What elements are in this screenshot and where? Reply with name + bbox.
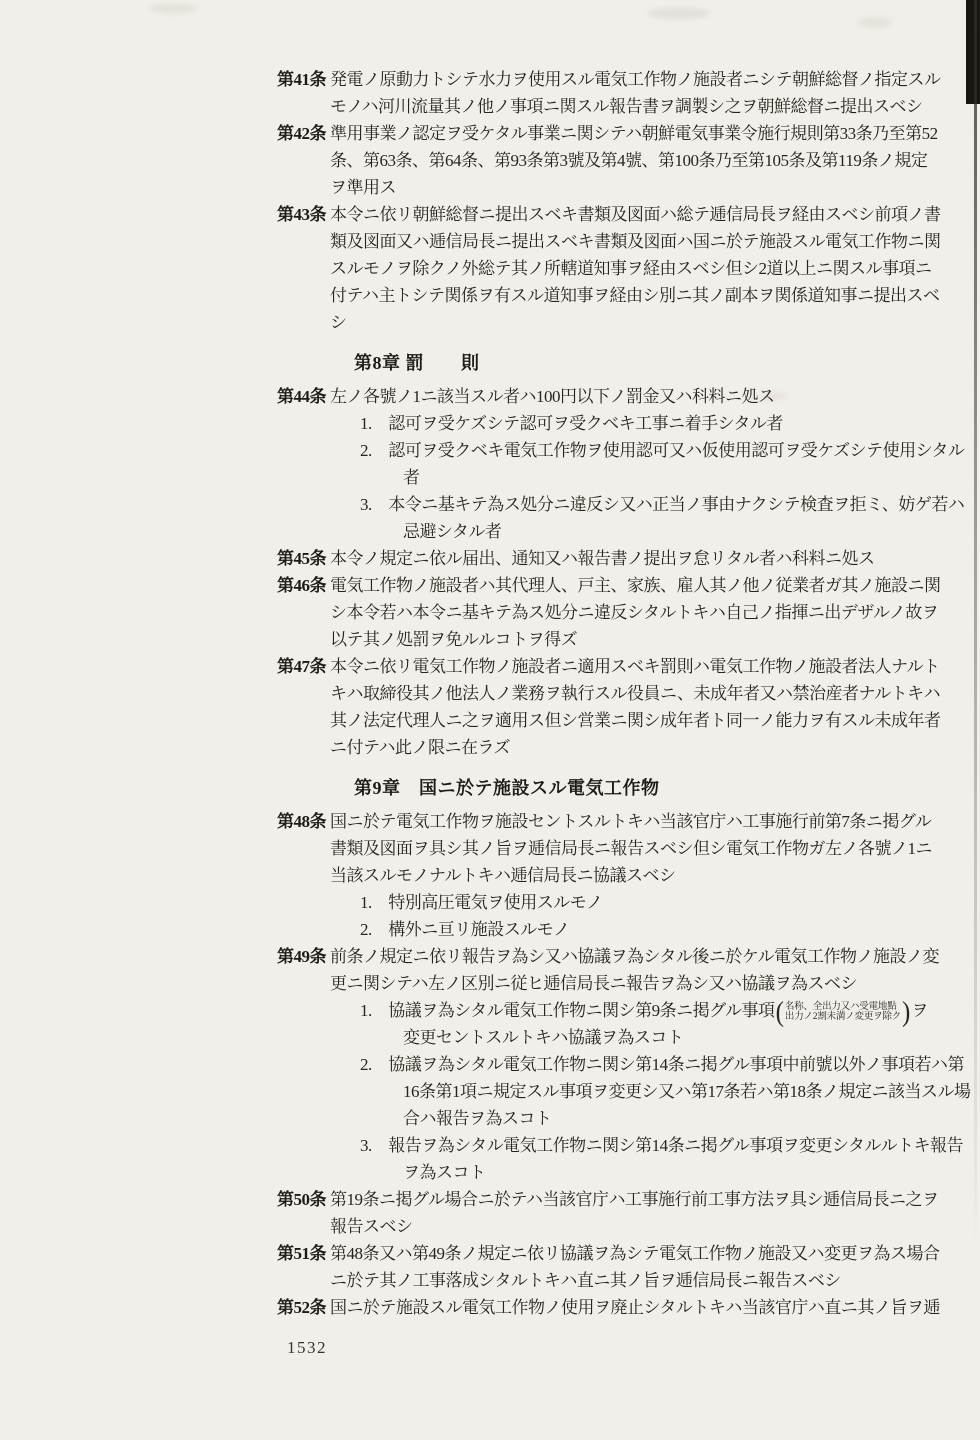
article-number: 第49条: [277, 943, 326, 970]
article-line: 2. 認可ヲ受クベキ電気工作物ヲ使用認可又ハ仮使用認可ヲ受ケズシテ使用シタル: [330, 437, 980, 464]
article-number: 第51条: [277, 1240, 326, 1267]
scan-edge-dark-corner: [966, 0, 980, 104]
article-line: モノハ河川流量其ノ他ノ事項ニ関スル報告書ヲ調製シ之ヲ朝鮮総督ニ提出スベシ: [330, 93, 980, 120]
chapter-heading: 第8章 罰 則: [354, 350, 980, 377]
scan-smudge: [150, 4, 196, 13]
inline-paren-note: (名称、全出力又ハ受電地點出力ノ2割未満ノ変更ヲ除ク): [776, 1000, 911, 1025]
article-line: ニ於テ其ノ工事落成シタルトキハ直ニ其ノ旨ヲ逓信局長ニ報告スベシ: [330, 1267, 980, 1294]
article-line: 3. 報告ヲ為シタル電気工作物ニ関シ第14条ニ掲グル事項ヲ変更シタルルトキ報告: [330, 1132, 980, 1159]
article-line: 発電ノ原動力トシテ水力ヲ使用スル電気工作物ノ施設者ニシテ朝鮮総督ノ指定スル: [330, 66, 980, 93]
article-line: 第19条ニ掲グル場合ニ於テハ当該官庁ハ工事施行前工事方法ヲ具シ逓信局長ニ之ヲ: [330, 1186, 980, 1213]
scan-smudge: [648, 8, 710, 19]
article-line: 以テ其ノ処罰ヲ免ルルコトヲ得ズ: [330, 626, 980, 653]
article-line: 付テハ主トシテ関係ヲ有スル道知事ヲ経由シ別ニ其ノ副本ヲ関係道知事ニ提出スベ: [330, 282, 980, 309]
article-number: 第50条: [277, 1186, 326, 1213]
article-row: 第49条前条ノ規定ニ依リ報告ヲ為シ又ハ協議ヲ為シタル後ニ於ケル電気工作物ノ施設ノ…: [0, 943, 980, 1186]
article-body: 本令ニ依リ朝鮮総督ニ提出スベキ書類及図面ハ総テ逓信局長ヲ経由スベシ前項ノ書類及図…: [330, 201, 980, 336]
article-body: 左ノ各號ノ1ニ該当スル者ハ100円以下ノ罰金又ハ科料ニ処ス1. 認可ヲ受ケズシテ…: [330, 383, 980, 545]
article-line: 者: [330, 464, 980, 491]
article-line: 条、第63条、第64条、第93条第3號及第4號、第100条乃至第105条及第11…: [330, 147, 980, 174]
article-line: 合ハ報告ヲ為スコト: [330, 1105, 980, 1132]
page-number: 1532: [287, 1338, 327, 1358]
article-body: 国ニ於テ施設スル電気工作物ノ使用ヲ廃止シタルトキハ当該官庁ハ直ニ其ノ旨ヲ逓: [330, 1294, 980, 1321]
article-line: 書類及図面ヲ具シ其ノ旨ヲ逓信局長ニ報告スベシ但シ電気工作物ガ左ノ各號ノ1ニ: [330, 835, 980, 862]
article-body: 本令ニ依リ電気工作物ノ施設者ニ適用スベキ罰則ハ電気工作物ノ施設者法人ナルトキハ取…: [330, 653, 980, 761]
paren-line-pre: 1. 協議ヲ為シタル電気工作物ニ関シ第9条ニ掲グル事項: [360, 1001, 775, 1020]
article-number: 第43条: [277, 201, 326, 228]
article-line: 本令ニ依リ朝鮮総督ニ提出スベキ書類及図面ハ総テ逓信局長ヲ経由スベシ前項ノ書: [330, 201, 980, 228]
article-line: 2. 構外ニ亘リ施設スルモノ: [330, 916, 980, 943]
article-line: 国ニ於テ電気工作物ヲ施設セントスルトキハ当該官庁ハ工事施行前第7条ニ掲グル: [330, 808, 980, 835]
article-line: 類及図面又ハ逓信局長ニ提出スベキ書類及図面ハ国ニ於テ施設スル電気工作物ニ関: [330, 228, 980, 255]
article-line: 1. 認可ヲ受ケズシテ認可ヲ受クベキ工事ニ着手シタル者: [330, 410, 980, 437]
scan-smudge: [858, 18, 892, 27]
law-text-block: 第41条発電ノ原動力トシテ水力ヲ使用スル電気工作物ノ施設者ニシテ朝鮮総督ノ指定ス…: [0, 66, 980, 1321]
article-row: 第47条本令ニ依リ電気工作物ノ施設者ニ適用スベキ罰則ハ電気工作物ノ施設者法人ナル…: [0, 653, 980, 761]
article-line: 左ノ各號ノ1ニ該当スル者ハ100円以下ノ罰金又ハ科料ニ処ス: [330, 383, 980, 410]
article-line: スルモノヲ除クノ外総テ其ノ所轄道知事ヲ経由スベシ但シ2道以上ニ関スル事項ニ: [330, 255, 980, 282]
scan-smudge: [760, 392, 786, 400]
article-line: 更ニ関シテハ左ノ区別ニ従ヒ逓信局長ニ報告ヲ為シ又ハ協議ヲ為スベシ: [330, 970, 980, 997]
article-line: 16条第1項ニ規定スル事項ヲ変更シ又ハ第17条若ハ第18条ノ規定ニ該当スル場: [330, 1078, 980, 1105]
article-row: 第42条準用事業ノ認定ヲ受ケタル事業ニ関シテハ朝鮮電気事業令施行規則第33条乃至…: [0, 120, 980, 201]
paren-line-post: ヲ: [911, 1001, 928, 1020]
article-row: 第43条本令ニ依リ朝鮮総督ニ提出スベキ書類及図面ハ総テ逓信局長ヲ経由スベシ前項ノ…: [0, 201, 980, 336]
article-line: 本令ニ依リ電気工作物ノ施設者ニ適用スベキ罰則ハ電気工作物ノ施設者法人ナルト: [330, 653, 980, 680]
article-line: ヲ準用ス: [330, 174, 980, 201]
article-body: 第48条又ハ第49条ノ規定ニ依リ協議ヲ為シテ電気工作物ノ施設又ハ変更ヲ為ス場合ニ…: [330, 1240, 980, 1294]
close-paren: ): [902, 998, 910, 1026]
article-number: 第47条: [277, 653, 326, 680]
article-line: ニ付テハ此ノ限ニ在ラズ: [330, 734, 980, 761]
article-line: 当該スルモノナルトキハ逓信局長ニ協議スベシ: [330, 862, 980, 889]
article-line: 変更セントスルトキハ協議ヲ為スコト: [330, 1024, 980, 1051]
article-body: 電気工作物ノ施設者ハ其代理人、戸主、家族、雇人其ノ他ノ従業者ガ其ノ施設ニ関シ本令…: [330, 572, 980, 653]
article-line: 3. 本令ニ基キテ為ス処分ニ違反シ又ハ正当ノ事由ナクシテ検査ヲ拒ミ、妨ゲ若ハ: [330, 491, 980, 518]
article-row: 第48条国ニ於テ電気工作物ヲ施設セントスルトキハ当該官庁ハ工事施行前第7条ニ掲グ…: [0, 808, 980, 943]
article-body: 第19条ニ掲グル場合ニ於テハ当該官庁ハ工事施行前工事方法ヲ具シ逓信局長ニ之ヲ報告…: [330, 1186, 980, 1240]
article-row: 第41条発電ノ原動力トシテ水力ヲ使用スル電気工作物ノ施設者ニシテ朝鮮総督ノ指定ス…: [0, 66, 980, 120]
document-page: 第41条発電ノ原動力トシテ水力ヲ使用スル電気工作物ノ施設者ニシテ朝鮮総督ノ指定ス…: [0, 0, 980, 1440]
article-line: ヲ為スコト: [330, 1159, 980, 1186]
article-line: 報告スベシ: [330, 1213, 980, 1240]
article-number: 第41条: [277, 66, 326, 93]
article-number: 第42条: [277, 120, 326, 147]
open-paren: (: [776, 998, 784, 1026]
article-line: 電気工作物ノ施設者ハ其代理人、戸主、家族、雇人其ノ他ノ従業者ガ其ノ施設ニ関: [330, 572, 980, 599]
article-row: 第46条電気工作物ノ施設者ハ其代理人、戸主、家族、雇人其ノ他ノ従業者ガ其ノ施設ニ…: [0, 572, 980, 653]
article-body: 本令ノ規定ニ依ル届出、通知又ハ報告書ノ提出ヲ怠リタル者ハ科料ニ処ス: [330, 545, 980, 572]
article-number: 第48条: [277, 808, 326, 835]
article-number: 第46条: [277, 572, 326, 599]
article-number: 第44条: [277, 383, 326, 410]
article-body: 準用事業ノ認定ヲ受ケタル事業ニ関シテハ朝鮮電気事業令施行規則第33条乃至第52条…: [330, 120, 980, 201]
paren-note-lines: 名称、全出力又ハ受電地點出力ノ2割未満ノ変更ヲ除ク: [784, 1002, 902, 1023]
article-row: 第50条第19条ニ掲グル場合ニ於テハ当該官庁ハ工事施行前工事方法ヲ具シ逓信局長ニ…: [0, 1186, 980, 1240]
article-line: 2. 協議ヲ為シタル電気工作物ニ関シ第14条ニ掲グル事項中前號以外ノ事項若ハ第: [330, 1051, 980, 1078]
article-line: 前条ノ規定ニ依リ報告ヲ為シ又ハ協議ヲ為シタル後ニ於ケル電気工作物ノ施設ノ変: [330, 943, 980, 970]
article-line: 其ノ法定代理人ニ之ヲ適用ス但シ営業ニ関シ成年者ト同一ノ能力ヲ有スル未成年者: [330, 707, 980, 734]
article-line: 1. 協議ヲ為シタル電気工作物ニ関シ第9条ニ掲グル事項(名称、全出力又ハ受電地點…: [330, 997, 980, 1024]
paren-note-top: 名称、全出力又ハ受電地點: [785, 1002, 901, 1013]
article-line: 準用事業ノ認定ヲ受ケタル事業ニ関シテハ朝鮮電気事業令施行規則第33条乃至第52: [330, 120, 980, 147]
article-line: 第48条又ハ第49条ノ規定ニ依リ協議ヲ為シテ電気工作物ノ施設又ハ変更ヲ為ス場合: [330, 1240, 980, 1267]
article-row: 第52条国ニ於テ施設スル電気工作物ノ使用ヲ廃止シタルトキハ当該官庁ハ直ニ其ノ旨ヲ…: [0, 1294, 980, 1321]
article-row: 第51条第48条又ハ第49条ノ規定ニ依リ協議ヲ為シテ電気工作物ノ施設又ハ変更ヲ為…: [0, 1240, 980, 1294]
article-body: 国ニ於テ電気工作物ヲ施設セントスルトキハ当該官庁ハ工事施行前第7条ニ掲グル書類及…: [330, 808, 980, 943]
article-line: 1. 特別高圧電気ヲ使用スルモノ: [330, 889, 980, 916]
chapter-heading: 第9章 国ニ於テ施設スル電気工作物: [354, 775, 980, 802]
article-line: キハ取締役其ノ他法人ノ業務ヲ執行スル役員ニ、未成年者又ハ禁治産者ナルトキハ: [330, 680, 980, 707]
article-body: 発電ノ原動力トシテ水力ヲ使用スル電気工作物ノ施設者ニシテ朝鮮総督ノ指定スルモノハ…: [330, 66, 980, 120]
article-line: シ本令若ハ本令ニ基キテ為ス処分ニ違反シタルトキハ自己ノ指揮ニ出デザルノ故ヲ: [330, 599, 980, 626]
article-line: 忌避シタル者: [330, 518, 980, 545]
article-body: 前条ノ規定ニ依リ報告ヲ為シ又ハ協議ヲ為シタル後ニ於ケル電気工作物ノ施設ノ変更ニ関…: [330, 943, 980, 1186]
article-number: 第52条: [277, 1294, 326, 1321]
article-line: 本令ノ規定ニ依ル届出、通知又ハ報告書ノ提出ヲ怠リタル者ハ科料ニ処ス: [330, 545, 980, 572]
article-number: 第45条: [277, 545, 326, 572]
article-row: 第44条左ノ各號ノ1ニ該当スル者ハ100円以下ノ罰金又ハ科料ニ処ス1. 認可ヲ受…: [0, 383, 980, 545]
scan-edge-line: [974, 0, 977, 1250]
article-row: 第45条本令ノ規定ニ依ル届出、通知又ハ報告書ノ提出ヲ怠リタル者ハ科料ニ処ス: [0, 545, 980, 572]
paren-note-bottom: 出力ノ2割未満ノ変更ヲ除ク: [785, 1012, 901, 1023]
article-line: シ: [330, 309, 980, 336]
article-line: 国ニ於テ施設スル電気工作物ノ使用ヲ廃止シタルトキハ当該官庁ハ直ニ其ノ旨ヲ逓: [330, 1294, 980, 1321]
